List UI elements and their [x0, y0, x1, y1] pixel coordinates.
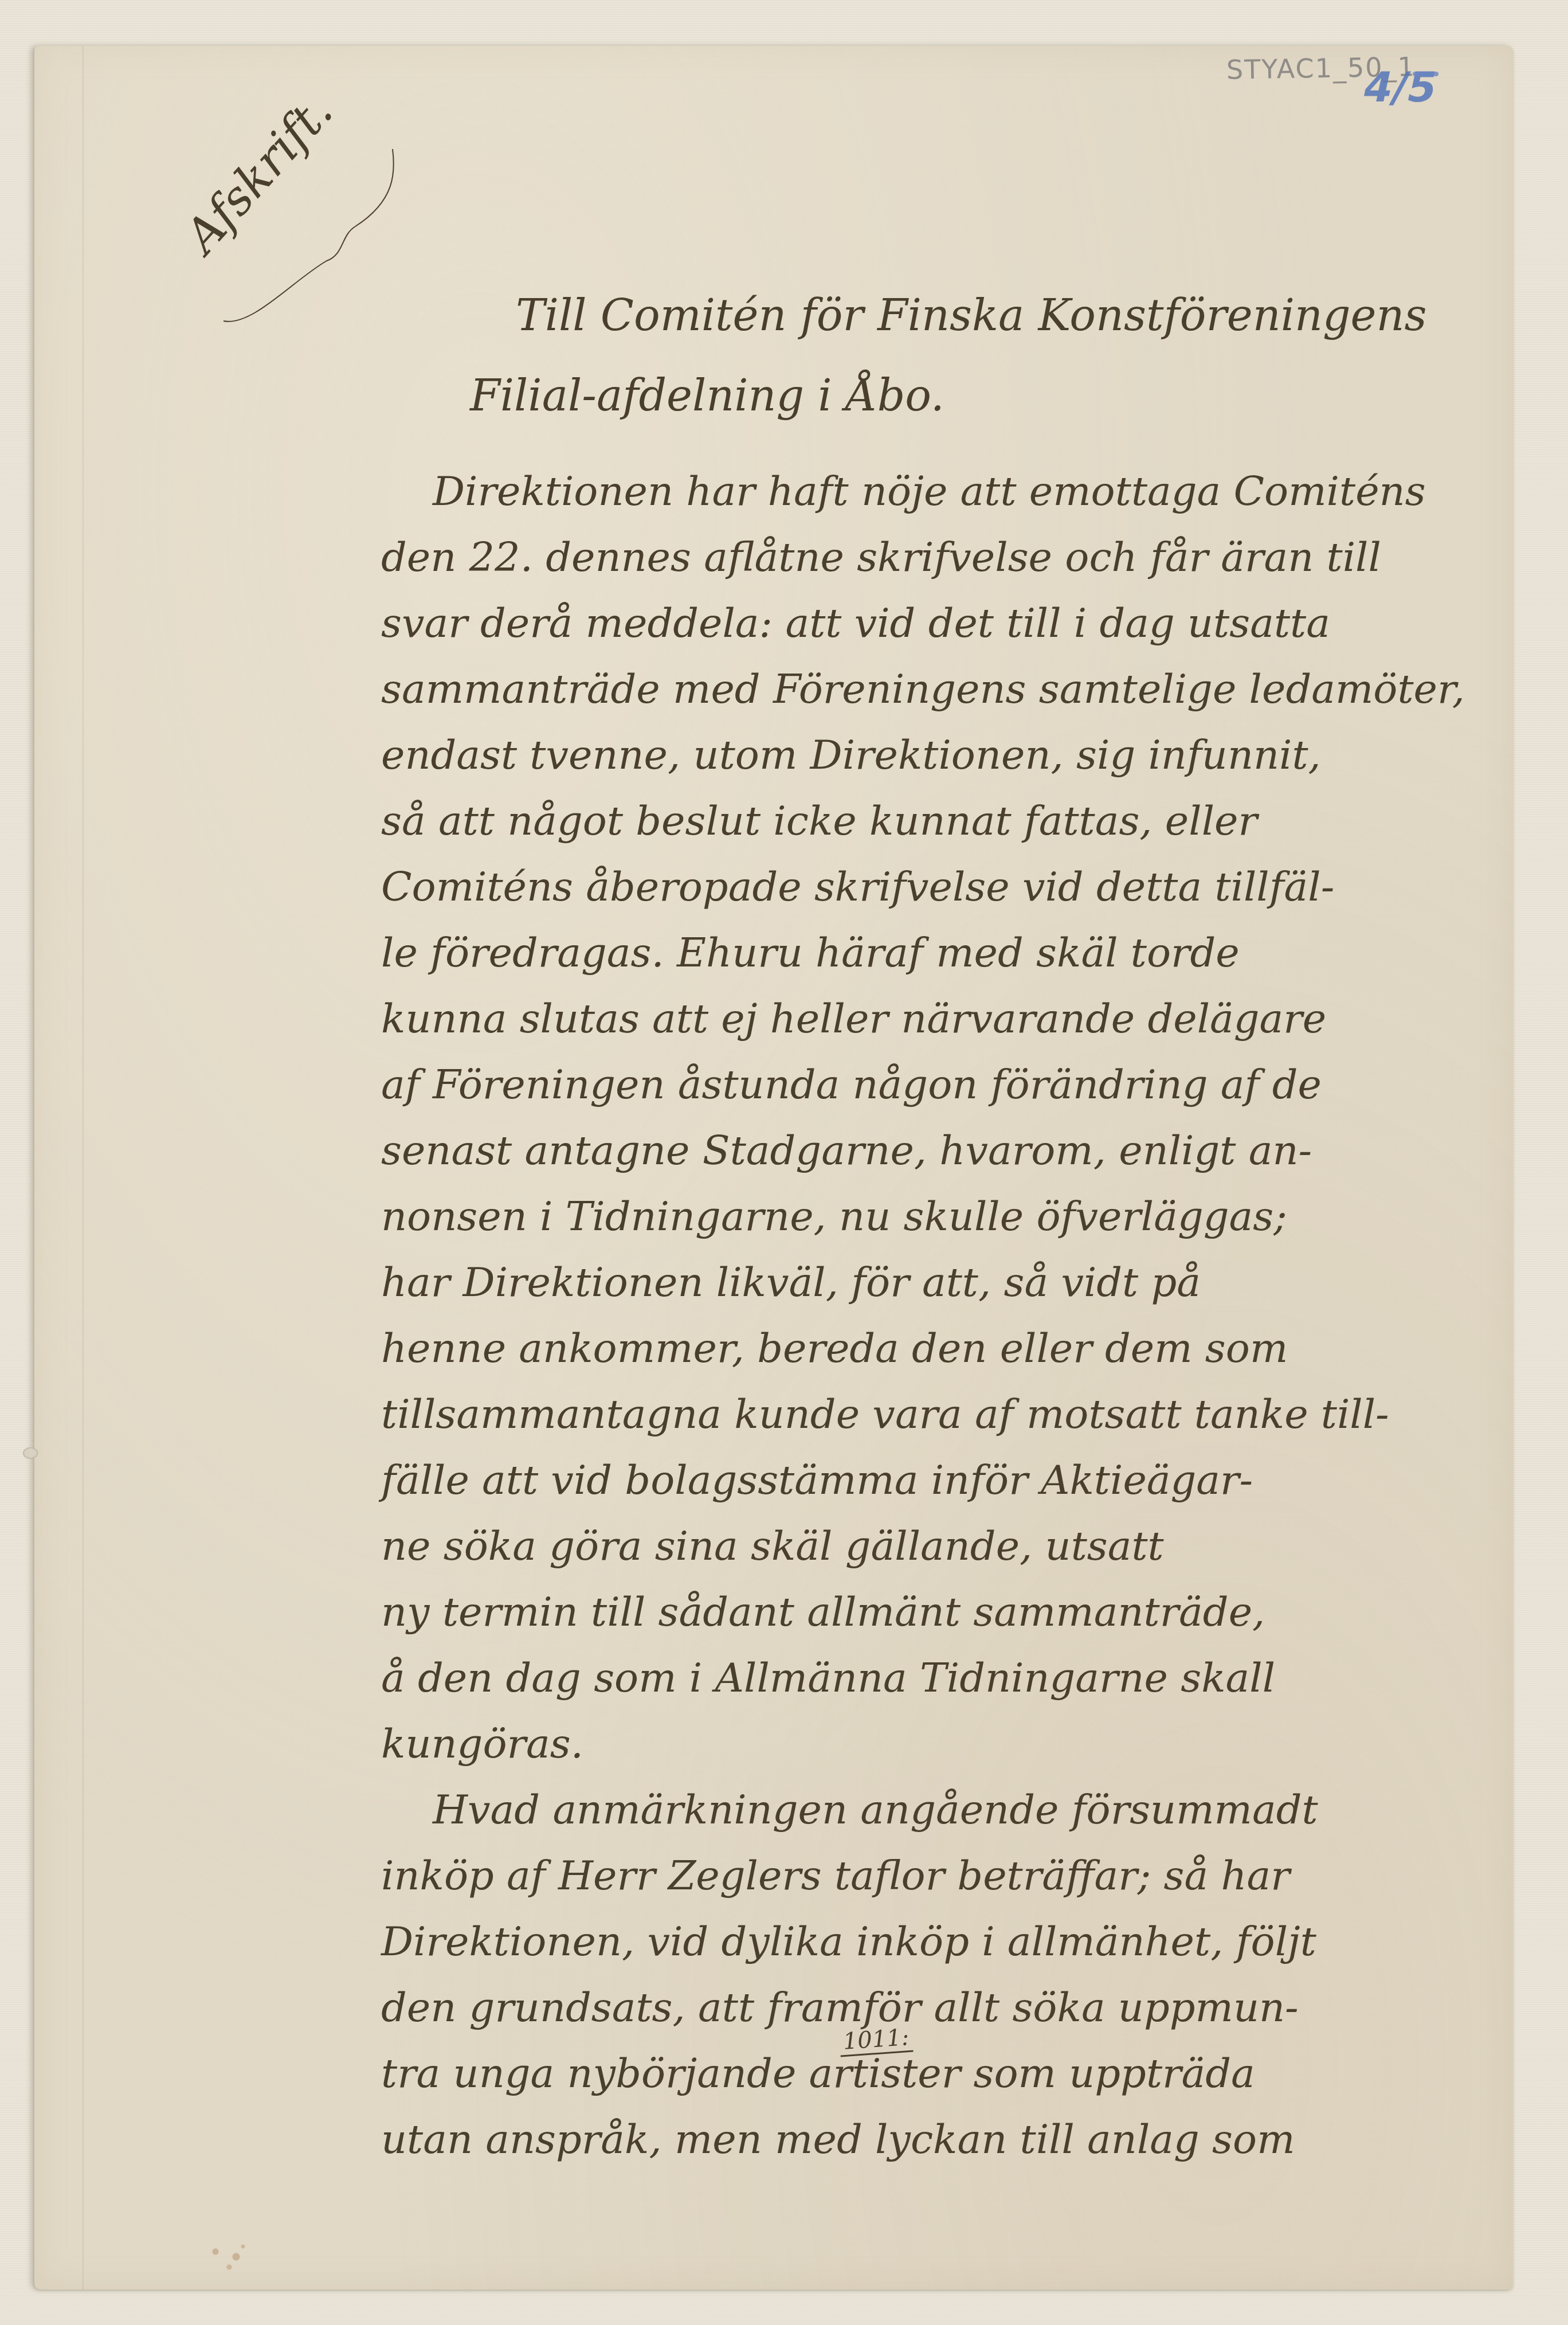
- folio-number: 4/5: [1359, 63, 1441, 111]
- paper-hole: [23, 1447, 38, 1459]
- fold-crease: [83, 46, 85, 2289]
- address-line-1: Till Comitén för Finska Konstföreningens: [516, 275, 1427, 355]
- body-line: så att något beslut icke kunnat fattas, …: [381, 788, 1504, 854]
- body-line: den 22. dennes aflåtne skrifvelse och få…: [381, 525, 1504, 590]
- body-line: tra unga nybörjande artister som uppträd…: [381, 2041, 1504, 2107]
- body-line: svar derå meddela: att vid det till i da…: [381, 590, 1504, 656]
- address-line-2: Filial-afdelning i Åbo.: [470, 355, 1427, 436]
- crayon-dash-mark: [1413, 72, 1438, 76]
- letter-body: Direktionen har haft nöje att emottaga C…: [381, 459, 1504, 2173]
- letter-address: Till Comitén för Finska Konstföreningens…: [516, 275, 1427, 436]
- body-line: utan anspråk, men med lyckan till anlag …: [381, 2107, 1504, 2173]
- body-line: den grundsats, att framför allt söka upp…: [381, 1975, 1504, 2041]
- body-line: tillsammantagna kunde vara af motsatt ta…: [381, 1381, 1504, 1447]
- body-line: kunna slutas att ej heller närvarande de…: [381, 986, 1504, 1052]
- body-line: Hvad anmärkningen angående försummadt: [381, 1777, 1504, 1843]
- body-line: Direktionen har haft nöje att emottaga C…: [381, 459, 1504, 525]
- body-line: senast antagne Stadgarne, hvarom, enligt…: [381, 1118, 1504, 1184]
- body-line: Comiténs åberopade skrifvelse vid detta …: [381, 854, 1504, 920]
- page-mark: 1011:: [838, 2024, 913, 2057]
- body-line: af Föreningen åstunda någon förändring a…: [381, 1052, 1504, 1118]
- body-line: har Direktionen likväl, för att, så vidt…: [381, 1250, 1504, 1316]
- body-line: Direktionen, vid dylika inköp i allmänhe…: [381, 1909, 1504, 1975]
- body-line: å den dag som i Allmänna Tidningarne ska…: [381, 1645, 1504, 1711]
- body-line: sammanträde med Föreningens samtelige le…: [381, 656, 1504, 722]
- body-line: fälle att vid bolagsstämma inför Aktieäg…: [381, 1447, 1504, 1513]
- body-line: endast tvenne, utom Direktionen, sig inf…: [381, 722, 1504, 788]
- body-line: ne söka göra sina skäl gällande, utsatt: [381, 1513, 1504, 1579]
- body-line: ny termin till sådant allmänt sammanträd…: [381, 1579, 1504, 1645]
- body-line: nonsen i Tidningarne, nu skulle öfverläg…: [381, 1184, 1504, 1250]
- body-line: le föredragas. Ehuru häraf med skäl tord…: [381, 920, 1504, 986]
- body-line: kungöras.: [381, 1711, 1504, 1777]
- body-line: henne ankommer, bereda den eller dem som: [381, 1316, 1504, 1381]
- body-line: inköp af Herr Zeglers taflor beträffar; …: [381, 1843, 1504, 1909]
- foxing-stains: [195, 2231, 264, 2283]
